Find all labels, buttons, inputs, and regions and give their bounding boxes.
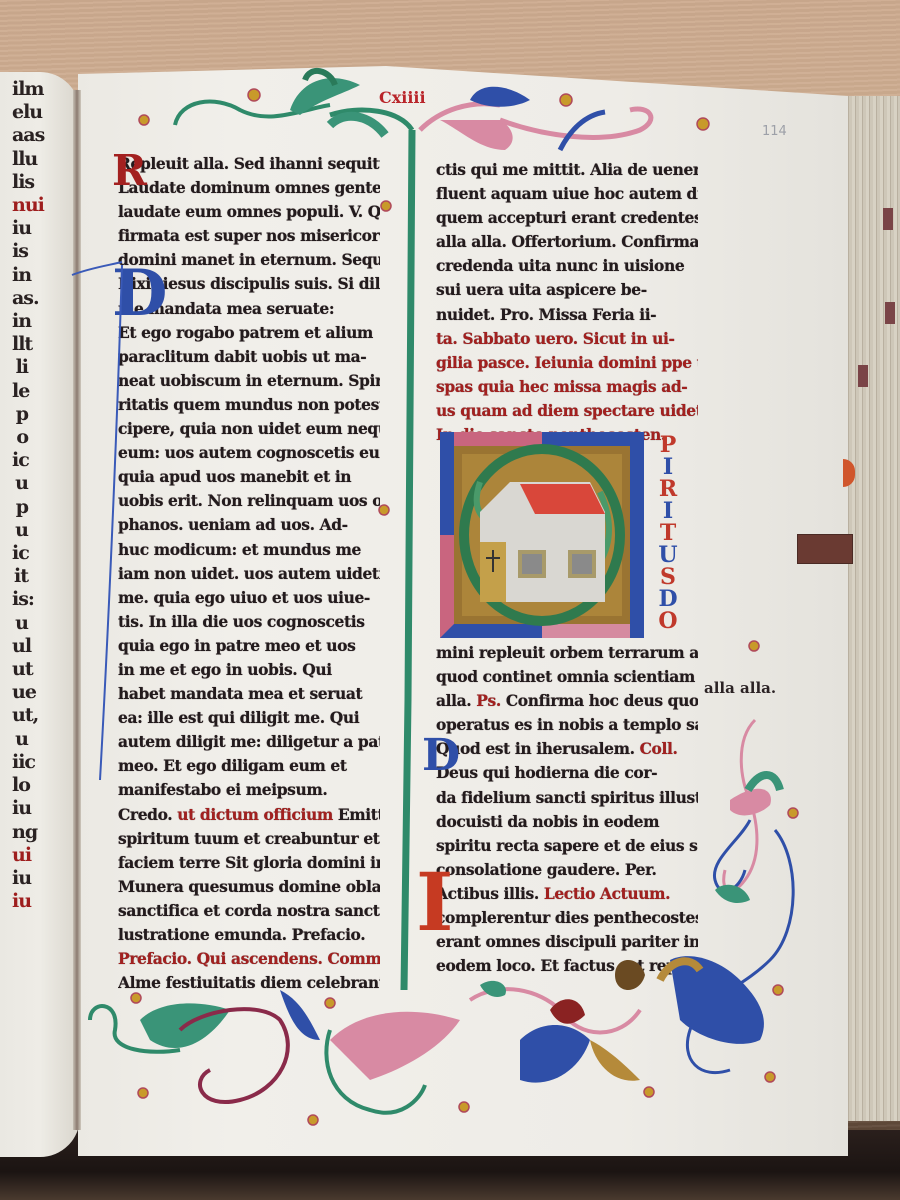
page-tab-marker (883, 208, 893, 230)
left-page-line-ending: iu (12, 797, 28, 820)
rubric-text: Ps. (476, 691, 501, 711)
text-line: Credo. ut dictum officium Emitte (118, 802, 380, 827)
left-page-line-ending: elu (12, 101, 28, 124)
text-line: sanctifica et corda nostra sancti spirit… (118, 898, 380, 923)
text-line: in me et ego in uobis. Qui (118, 657, 380, 682)
text-line: me. quia ego uiuo et uos uiue- (118, 585, 380, 610)
left-page-line-ending: ut, (12, 704, 28, 727)
left-page-line-ending: ng (12, 821, 28, 844)
text-line: Deus qui hodierna die cor- (436, 761, 698, 786)
capital-letter: U (648, 544, 688, 566)
text-line: Munera quesumus domine oblata Secreta. (118, 874, 380, 899)
capital-letter: D (648, 588, 688, 610)
blue-initial-d: D (112, 262, 168, 326)
text-line: ctis qui me mittit. Alia de uenerea- (436, 157, 698, 182)
left-page-line-ending: iu (12, 217, 28, 240)
left-page-line-ending: is (12, 240, 28, 263)
text-line: quia ego in patre meo et uos (118, 633, 380, 658)
left-page-line-ending: ui (12, 844, 28, 867)
left-page-line-ending: lis (12, 171, 28, 194)
left-page-line-ending: llt (12, 333, 28, 356)
text-line: quod continet omnia scientiam habet uoci… (436, 664, 698, 689)
left-page-line-ending: li (12, 356, 28, 379)
text-line: ea: ille est qui diligit me. Qui (118, 706, 380, 731)
text-line: spas quia hec missa magis ad- (436, 374, 698, 399)
text-line: mini repleuit orbem terrarum alla. et ho… (436, 640, 698, 665)
text-line: Repleuit alla. Sed ihanni sequitur. (118, 151, 380, 176)
margin-note: alla alla. (704, 679, 776, 697)
left-page-line-ending: le (12, 380, 28, 403)
blue-initial-d-collect: D (422, 734, 460, 778)
left-page-line-ending: ilm (12, 78, 28, 101)
text-line: consolatione gaudere. Per. (436, 857, 698, 882)
text-line: uobis erit. Non relinquam uos or- (118, 489, 380, 514)
text-line: huc modicum: et mundus me (118, 537, 380, 562)
text-line: paraclitum dabit uobis ut ma- (118, 344, 380, 369)
red-initial-r: R (112, 150, 147, 192)
capital-letter: I (648, 456, 688, 478)
pencil-page-number: 114 (762, 124, 787, 139)
text-line: meo. Et ego diligam eum et (118, 754, 380, 779)
capital-letter: O (648, 610, 688, 632)
text-line: firmata est super nos misericordia eius (118, 224, 380, 249)
left-page-line-ending: iu (12, 890, 28, 913)
text-line: erant omnes discipuli pariter in (436, 930, 698, 955)
text-line: manifestabo ei meipsum. (118, 778, 380, 803)
capital-letter: S (648, 566, 688, 588)
text-line: Alme festiuitatis diem celebrantes (118, 971, 380, 996)
capital-letter: T (648, 522, 688, 544)
text-line: faciem terre Sit gloria domini in secula… (118, 850, 380, 875)
left-page-line-ending: ue (12, 681, 28, 704)
left-page-line-ending: is: (12, 588, 28, 611)
rubric-text: Lectio Actuum. (544, 883, 670, 903)
left-page-line-ending: it (12, 565, 28, 588)
book-gutter (73, 90, 81, 1130)
text-line: phanos. ueniam ad uos. Ad- (118, 513, 380, 538)
left-page-line-ending: ut (12, 658, 28, 681)
left-page-line-ending: in (12, 264, 28, 287)
text-line: iam non uidet. uos autem uidetis (118, 561, 380, 586)
left-page-line-ending: ic (12, 449, 28, 472)
left-page-line-ending: iu (12, 867, 28, 890)
text-line: credenda uita nunc in uisione (436, 254, 698, 279)
text-line: Actibus illis. Lectio Actuum. (436, 881, 698, 906)
text-line: tis. In illa die uos cognoscetis (118, 609, 380, 634)
left-page-line-ending: p (12, 496, 28, 519)
text-line: habet mandata mea et seruat (118, 681, 380, 706)
text-column-right-bottom: mini repleuit orbem terrarum alla. et ho… (436, 641, 698, 978)
text-column-right-top: ctis qui me mittit. Alia de uenerea-flue… (436, 158, 698, 447)
red-initial-i: I (416, 862, 453, 942)
text-line: neat uobiscum in eternum. Spiritum ue- (118, 368, 380, 393)
capital-letter: P (648, 434, 688, 456)
text-line: sui uera uita aspicere be- (436, 278, 698, 303)
text-line: cipere, quia non uidet eum neque scit (118, 416, 380, 441)
text-line: operatus es in nobis a templo sancto tuo (436, 713, 698, 738)
left-page-line-ending: o (12, 426, 28, 449)
left-page-line-ending: ic (12, 542, 28, 565)
house-miniature-icon (440, 432, 644, 638)
text-line: spiritu recta sapere et de eius semper (436, 833, 698, 858)
text-line: quia apud uos manebit et in (118, 465, 380, 490)
text-line: alla. Ps. Confirma hoc deus quod (436, 689, 698, 714)
text-line: eum: uos autem cognoscetis eum (118, 441, 380, 466)
left-page-line-ending: as. (12, 287, 28, 310)
left-page-line-ending: llu (12, 148, 28, 171)
left-page-line-ending: lo (12, 774, 28, 797)
text-line: Laudate dominum omnes gentes et col (118, 175, 380, 200)
text-line: autem diligit me: diligetur a patre (118, 730, 380, 755)
rubric-text: ut dictum officium (177, 804, 333, 824)
page-tab-marker (885, 302, 895, 324)
left-page-line-ending: p (12, 403, 28, 426)
left-page-line-ending: ul (12, 635, 28, 658)
text-line: us quam ad diem spectare uidetur. (436, 398, 698, 423)
left-page-line-ending: u (12, 728, 28, 751)
capital-letter: I (648, 500, 688, 522)
text-line: spiritum tuum et creabuntur et renouabis (118, 826, 380, 851)
text-line: laudate eum omnes populi. V. Quoniam con (118, 200, 380, 225)
text-line: da fidelium sancti spiritus illustration… (436, 785, 698, 810)
text-line: fluent aquam uiue hoc autem dixit de spi… (436, 181, 698, 206)
folio-number: Cxiiii (379, 88, 426, 107)
capital-letter: R (648, 478, 688, 500)
left-page-line-ending: in (12, 310, 28, 333)
text-line: lustratione emunda. Prefacio. (118, 922, 380, 947)
left-page-line-ending: iic (12, 751, 28, 774)
text-line: gilia pasce. Ieiunia domini ppe ue- (436, 350, 698, 375)
illuminated-initial-s (440, 432, 644, 638)
text-line: ta. Sabbato uero. Sicut in ui- (436, 326, 698, 351)
text-line: complerentur dies penthecostes. (436, 905, 698, 930)
left-page-line-ending: aas (12, 124, 28, 147)
text-line: alla alla. Offertorium. Confirma hoc deu… (436, 230, 698, 255)
text-line: Quod est in iherusalem. Coll. (436, 737, 698, 762)
text-line: quem accepturi erant credentes in eum (436, 206, 698, 231)
left-page-line-ending: u (12, 612, 28, 635)
leather-page-tab[interactable] (797, 534, 853, 564)
text-line: docuisti da nobis in eodem (436, 809, 698, 834)
text-line: nuidet. Pro. Missa Feria ii- (436, 302, 698, 327)
left-page-line-ending: nui (12, 194, 28, 217)
page-tab-marker (858, 365, 868, 387)
text-line: Prefacio. Qui ascendens. Communio. (118, 946, 380, 971)
text-line: eodem loco. Et factus est repente (436, 954, 698, 979)
initial-following-capitals: PIRITUSDO (648, 434, 688, 632)
left-page-line-ending: u (12, 519, 28, 542)
left-page-line-ending: u (12, 472, 28, 495)
rubric-text: Coll. (640, 739, 678, 759)
text-line: ritatis quem mundus non potest ac- (118, 392, 380, 417)
